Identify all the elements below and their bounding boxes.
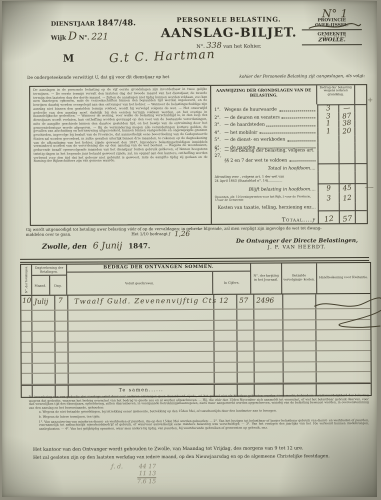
margin-dash-mark: — bbox=[365, 183, 374, 193]
payment-table: N°. der betalingen. Dagteekening der Bet… bbox=[20, 262, 372, 397]
journal-no-handwritten: 2496 bbox=[256, 297, 274, 305]
termijn-value-handwritten: 10 bbox=[22, 297, 31, 305]
invite-line2: middelen over te gaan. bbox=[26, 232, 71, 237]
pencil-result: 7.6 15 bbox=[137, 477, 156, 485]
tenth-value-handwritten: 1,26 bbox=[174, 232, 190, 237]
pencil-column: 44 17 11 13 7.6 15 bbox=[137, 463, 156, 485]
col-handteekening-label: Handteekening voor Kwitantie. bbox=[316, 263, 370, 293]
receiver-title: De Ontvanger der Directe Belastingen, bbox=[230, 238, 364, 245]
document-content: N° 1 N. 503 DIENSTJAAR 1847/48. Wijk D N… bbox=[1, 0, 379, 498]
footer-fine-print: De invordering van een gedeelte des aans… bbox=[29, 394, 369, 431]
dienstjaar-label: DIENSTJAAR bbox=[51, 20, 95, 27]
belasting-title: PERSONELE BELASTING. bbox=[159, 15, 299, 24]
footer-paragraph: De invordering van een gedeelte des aans… bbox=[29, 394, 369, 410]
addressee-prefix: M bbox=[63, 54, 74, 65]
col-termijn-header: N°. der betalingen. bbox=[21, 265, 31, 295]
afronding-row: Afronding voor , volgens art. 1 der wet … bbox=[212, 171, 367, 184]
place-label: Zwolle, den bbox=[42, 242, 87, 251]
wijk-no-value-handwritten: 221 bbox=[91, 32, 108, 42]
pencil-label: ƒ. d. bbox=[111, 463, 123, 485]
receiver-block: De Ontvanger der Directe Belastingen, J.… bbox=[230, 238, 364, 251]
amount-cent-handwritten: 57 bbox=[239, 297, 248, 305]
amount-column-header: Bedrag der belasting wegens iederen gron… bbox=[316, 85, 354, 104]
header-dienstjaar: DIENSTJAAR 1847/48. Wijk D N°. 221 bbox=[51, 17, 169, 43]
gemeente-cell: GEMEENTE ZWOLLE. bbox=[302, 32, 362, 45]
provincie-cell: PROVINCIE OVER-IJSSEL. bbox=[302, 18, 362, 30]
col-dag-label: Dag. bbox=[49, 276, 67, 295]
pencil-line: 11 13 bbox=[137, 470, 156, 477]
spare-column bbox=[354, 85, 366, 104]
dienstjaar-value: 1847/48. bbox=[97, 17, 136, 27]
dotted-leader bbox=[282, 117, 316, 118]
conditions-fine-print: De aanslagen in de personele belasting o… bbox=[30, 86, 212, 225]
col-vervolging-label: Betaalde vervolgings- kosten. bbox=[281, 263, 316, 293]
col-termijn-label: N°. der betalingen. bbox=[24, 266, 28, 293]
col-date-group-label: Dagteekening der Betalingen. bbox=[32, 265, 66, 276]
document-paper: N° 1 N. 503 DIENSTJAAR 1847/48. Wijk D N… bbox=[2, 1, 377, 497]
biljet-title: AANSLAG-BILJET. bbox=[159, 24, 299, 40]
wijk-label: Wijk bbox=[51, 35, 66, 42]
notify-line: De ondergeteekende verwittigt U, dat gij… bbox=[27, 73, 365, 80]
amount-words-handwritten: Twaalf Guld. Zevenenvijftig Cts bbox=[74, 297, 217, 306]
wijk-no-label: N°. bbox=[79, 35, 90, 42]
grondslag-row-7: 7°.— het bedrag der belasting, volgens a… bbox=[211, 150, 366, 164]
pencil-arithmetic: ƒ. d. 44 17 11 13 7.6 15 bbox=[111, 463, 156, 485]
wijk-value-handwritten: D bbox=[68, 30, 77, 43]
col-bedrag-group: BEDRAG DER ONTVANGEN SOMMEN. Voluit gesc… bbox=[66, 264, 250, 295]
dotted-leader bbox=[279, 110, 315, 111]
totaal-final-row: Totaal....ƒ 12 57 bbox=[212, 210, 367, 224]
tenth-label: Het 1/10 bedraagt ƒ bbox=[131, 232, 170, 237]
col-cijfers-label: In Cijfers. bbox=[212, 272, 250, 294]
amount-gulden-handwritten: 12 bbox=[219, 297, 228, 305]
totaal-final-label: Totaal....ƒ bbox=[212, 217, 318, 224]
scanned-tax-document: { "annotations": { "corner_no": "N° 1", … bbox=[0, 0, 381, 500]
totaal-gulden-handwritten: 12 bbox=[318, 213, 339, 224]
office-closed-line: Het zal gesloten zijn op den laatsten we… bbox=[33, 454, 369, 461]
dotted-leader bbox=[259, 132, 315, 133]
assessment-box: De aanslagen in de personele belasting o… bbox=[29, 84, 368, 226]
payment-invitation: Gij wordt uitgenoodigd tot betaling uwer… bbox=[26, 226, 368, 237]
col-journaal-label: N°. der kwijting in het Journaal. bbox=[250, 264, 281, 294]
col-maand-label: Maand. bbox=[32, 276, 49, 295]
receiver-name: J. P. VAN HEERDT. bbox=[230, 245, 364, 251]
grondslagen-header: AANWIJZING DER GRONDSLAGEN VAN DE BELAST… bbox=[211, 85, 366, 105]
totaal-cent-handwritten: 57 bbox=[339, 213, 355, 223]
margin-plus-mark: + bbox=[367, 96, 373, 104]
notify-left: De ondergeteekende verwittigt U, dat gij… bbox=[27, 74, 169, 80]
header-province-block: PROVINCIE OVER-IJSSEL. GEMEENTE ZWOLLE. bbox=[302, 18, 362, 46]
col-voluit-label: Voluit geschreven. bbox=[67, 272, 212, 295]
year-label: 1847. bbox=[128, 241, 150, 250]
date-handwritten: 6 Junij bbox=[93, 241, 123, 251]
payment-table-header: N°. der betalingen. Dagteekening der Bet… bbox=[21, 263, 370, 296]
grondslagen-title: AANWIJZING DER GRONDSLAGEN VAN DE BELAST… bbox=[211, 85, 316, 105]
footer-items-numbered: 1°. Van aanzuivering van minderen dienst… bbox=[29, 419, 369, 432]
day-value-handwritten: 7 bbox=[58, 297, 63, 305]
grondslagen-section: AANWIJZING DER GRONDSLAGEN VAN DE BELAST… bbox=[211, 85, 367, 224]
col-date-group: Dagteekening der Betalingen. Maand. Dag. bbox=[31, 265, 66, 295]
dotted-leader bbox=[287, 140, 315, 141]
gemeente-value: ZWOLLE. bbox=[302, 37, 362, 43]
kohier-suffix: van het Kohier. bbox=[223, 44, 261, 50]
dotted-leader bbox=[289, 158, 315, 162]
addressee-name-handwritten: G.t C. Hartman bbox=[109, 47, 216, 65]
row-label: — het bedrag der belasting, volgens art.… bbox=[214, 148, 314, 159]
provincie-value: OVER-IJSSEL. bbox=[302, 23, 362, 28]
header-title-block: PERSONELE BELASTING. AANSLAG-BILJET. N°.… bbox=[159, 15, 299, 50]
dateline: Zwolle, den 6 Junij 1847. bbox=[42, 241, 150, 252]
notify-right: kohier der Personeele Belasting zijt aan… bbox=[239, 73, 365, 79]
dotted-leader bbox=[267, 125, 316, 126]
month-value-handwritten: Julij bbox=[34, 298, 48, 306]
office-hours-line: Het kantoor van den Ontvanger wordt geho… bbox=[33, 446, 369, 453]
